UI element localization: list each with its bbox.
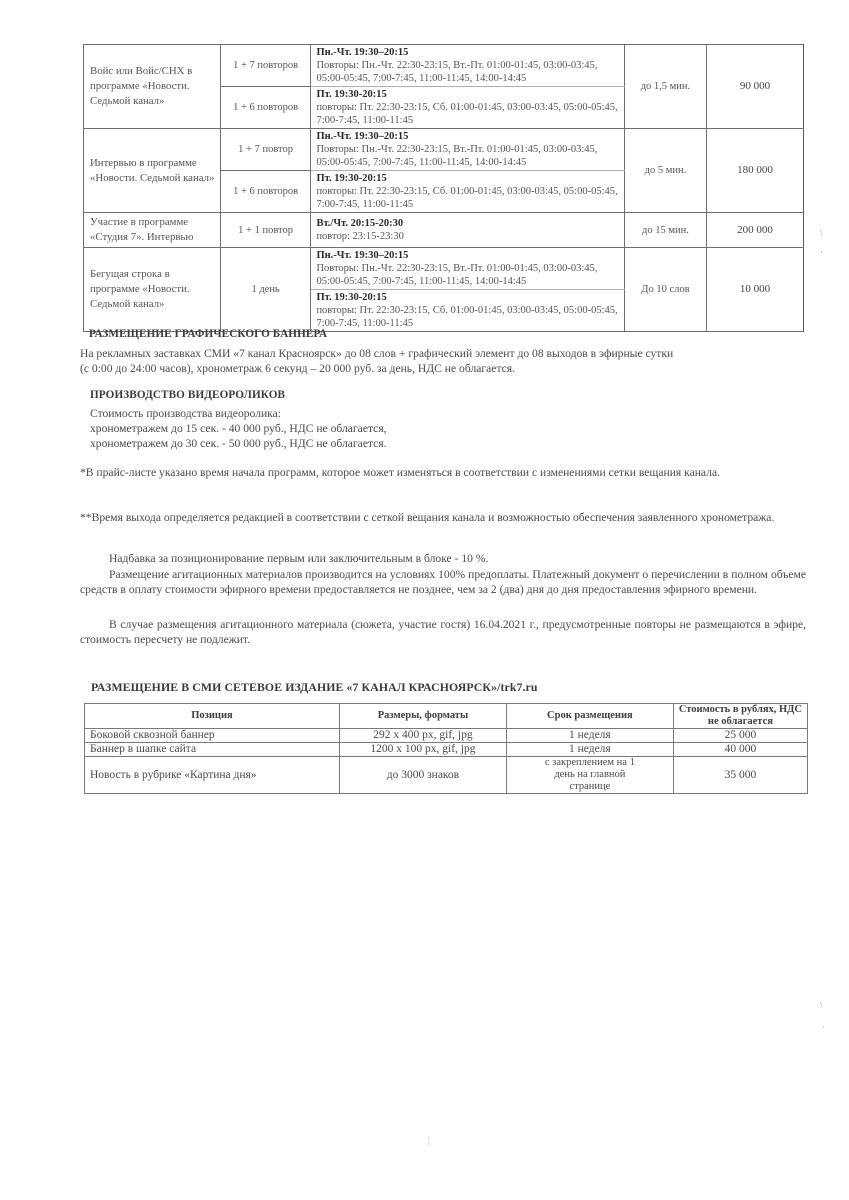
column-header: Размеры, форматы [339,704,506,729]
cell-position: Боковой сквозной баннер [85,729,340,743]
footnote-2: **Время выхода определяется редакцией в … [80,510,806,525]
paragraph-repeats: В случае размещения агитационного матери… [80,617,806,647]
cell-format: до 3000 знаков [339,757,506,794]
schedule: Пн.-Чт. 19:30–20:15Повторы: Пн.-Чт. 22:3… [311,129,624,171]
banner-text-line1: На рекламных заставках СМИ «7 канал Крас… [80,346,820,361]
column-header: Позиция [85,704,340,729]
cell-format: 1200 х 100 px, gif, jpg [339,743,506,757]
repeats: 1 + 1 повтор [220,213,311,248]
cell-price: 25 000 [673,729,807,743]
table-row: Войс или Войс/СНХ в программе «Новости. … [84,45,804,87]
banner-text-line2: (с 0:00 до 24:00 часов), хронометраж 6 с… [80,361,820,376]
footnote-1: *В прайс-листе указано время начала прог… [80,465,806,480]
cell-term: 1 неделя [506,729,673,743]
cell-position: Новость в рубрике «Картина дня» [85,757,340,794]
schedule: Пн.-Чт. 19:30–20:15Повторы: Пн.-Чт. 22:3… [311,45,624,87]
schedule: Пт. 19:30-20:15повторы: Пт. 22:30-23:15,… [311,171,624,213]
product-name: Интервью в программе «Новости. Седьмой к… [84,129,221,213]
repeats: 1 + 7 повторов [220,45,311,87]
column-header: Стоимость в рублях, НДС не облагается [673,704,807,729]
schedule: Вт./Чт. 20:15-20:30повтор: 23:15-23:30 [311,213,624,248]
price-list-page: Войс или Войс/СНХ в программе «Новости. … [0,0,849,1200]
scan-speck: \ [820,228,823,238]
web-heading: РАЗМЕЩЕНИЕ В СМИ СЕТЕВОЕ ИЗДАНИЕ «7 КАНА… [91,680,538,695]
banner-heading: РАЗМЕЩЕНИЕ ГРАФИЧЕСКОГО БАННЕРА [89,328,327,340]
duration: до 1,5 мин. [624,45,706,129]
product-name: Участие в программе «Студия 7». Интервью [84,213,221,248]
tv-ad-price-table: Войс или Войс/СНХ в программе «Новости. … [83,44,804,332]
product-name: Войс или Войс/СНХ в программе «Новости. … [84,45,221,129]
video-line2: хронометражем до 15 сек. - 40 000 руб., … [90,421,387,436]
scan-speck: \ [820,1000,823,1010]
table-row: Бегущая строка в программе «Новости. Сед… [84,248,804,290]
table-row: Интервью в программе «Новости. Седьмой к… [84,129,804,171]
schedule: Пт. 19:30-20:15повторы: Пт. 22:30-23:15,… [311,290,624,332]
table-row: Новость в рубрике «Картина дня» до 3000 … [85,757,808,794]
video-line1: Стоимость производства видеоролика: [90,406,281,421]
table-row: Участие в программе «Студия 7». Интервью… [84,213,804,248]
table-row: Боковой сквозной баннер 292 х 400 px, gi… [85,729,808,743]
duration: до 5 мин. [624,129,706,213]
price: 10 000 [706,248,803,332]
table-header-row: Позиция Размеры, форматы Срок размещения… [85,704,808,729]
price: 180 000 [706,129,803,213]
cell-term: 1 неделя [506,743,673,757]
paragraph-surcharge: Надбавка за позиционирование первым или … [80,551,806,566]
duration: До 10 слов [624,248,706,332]
scan-speck: ¦ [428,1135,430,1145]
video-line3: хронометражем до 30 сек. - 50 000 руб., … [90,436,387,451]
price: 200 000 [706,213,803,248]
scan-speck: · [820,247,823,257]
duration: до 15 мин. [624,213,706,248]
repeats: 1 + 6 повторов [220,171,311,213]
schedule: Пн.-Чт. 19:30–20:15Повторы: Пн.-Чт. 22:3… [311,248,624,290]
paragraph-prepayment: Размещение агитационных материалов произ… [80,567,806,597]
column-header: Срок размещения [506,704,673,729]
video-heading: ПРОИЗВОДСТВО ВИДЕОРОЛИКОВ [90,389,285,401]
repeats: 1 день [220,248,311,332]
repeats: 1 + 7 повтор [220,129,311,171]
scan-speck: · [822,1022,825,1032]
cell-term: с закреплением на 1 день на главной стра… [506,757,673,794]
price: 90 000 [706,45,803,129]
cell-price: 35 000 [673,757,807,794]
web-ad-price-table: Позиция Размеры, форматы Срок размещения… [84,703,808,794]
table-row: Баннер в шапке сайта 1200 х 100 px, gif,… [85,743,808,757]
cell-price: 40 000 [673,743,807,757]
repeats: 1 + 6 повторов [220,87,311,129]
schedule: Пт. 19:30-20:15повторы: Пт. 22:30-23:15,… [311,87,624,129]
cell-position: Баннер в шапке сайта [85,743,340,757]
cell-format: 292 х 400 px, gif, jpg [339,729,506,743]
product-name: Бегущая строка в программе «Новости. Сед… [84,248,221,332]
